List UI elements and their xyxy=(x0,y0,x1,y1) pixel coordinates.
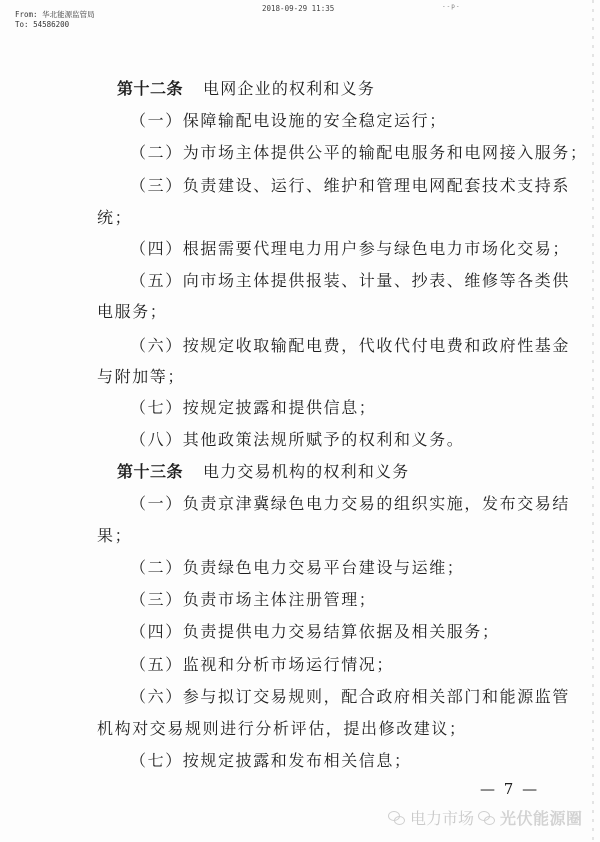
article-12-item-3: （三）负责建设、运行、维护和管理电网配套技术支持系 xyxy=(130,176,570,196)
fax-page-mark: --p- xyxy=(442,3,460,10)
article-12-item-5: （五）向市场主体提供报装、计量、抄表、维修等各类供 xyxy=(130,271,570,291)
article-13-item-1: （一）负责京津冀绿色电力交易的组织实施，发布交易结 xyxy=(130,494,570,514)
article-12-heading: 第十二条电网企业的权利和义务 xyxy=(117,79,375,99)
article-12-item-6-cont: 与附加等； xyxy=(97,367,185,387)
wechat-icon xyxy=(388,810,406,826)
article-13-item-1-cont: 果； xyxy=(97,526,132,546)
article-12-item-2: （二）为市场主体提供公平的输配电服务和电网接入服务； xyxy=(130,143,588,163)
article-title: 电网企业的权利和义务 xyxy=(203,79,375,98)
article-12-item-4: （四）根据需要代理电力用户参与绿色电力市场化交易； xyxy=(130,239,570,259)
fax-to: To: 54586200 xyxy=(15,20,95,30)
scan-edge-artifact xyxy=(592,0,594,842)
fax-from-value: 华北能源监管局 xyxy=(42,10,95,19)
article-13-item-7: （七）按规定披露和发布相关信息； xyxy=(130,751,412,771)
article-13-item-3: （三）负责市场主体注册管理； xyxy=(130,590,376,610)
article-12-item-5-cont: 电服务； xyxy=(97,302,167,322)
article-13-item-6: （六）参与拟订交易规则，配合政府相关部门和能源监管 xyxy=(130,687,570,707)
watermark: 电力市场 光伏能源圈 xyxy=(388,806,583,829)
fax-header: From: 华北能源监管局 To: 54586200 xyxy=(15,10,95,30)
article-13-item-4: （四）负责提供电力交易结算依据及相关服务； xyxy=(130,622,500,642)
article-13-heading: 第十三条电力交易机构的权利和义务 xyxy=(117,462,409,482)
article-12-item-3-cont: 统； xyxy=(97,208,132,228)
article-number: 第十二条 xyxy=(117,79,183,98)
document-page: From: 华北能源监管局 To: 54586200 2018-09-29 11… xyxy=(0,0,600,842)
article-number: 第十三条 xyxy=(117,462,183,481)
article-13-item-6-cont: 机构对交易规则进行分析评估，提出修改建议； xyxy=(97,719,467,739)
watermark-faded-text: 电力市场 xyxy=(410,806,474,829)
article-13-item-5: （五）监视和分析市场运行情况； xyxy=(130,655,394,675)
fax-to-label: To: xyxy=(15,20,29,29)
article-title: 电力交易机构的权利和义务 xyxy=(203,462,409,481)
fax-timestamp: 2018-09-29 11:35 xyxy=(262,4,334,13)
page-number: — 7 — xyxy=(480,780,539,798)
article-12-item-1: （一）保障输配电设施的安全稳定运行； xyxy=(130,111,447,131)
fax-from: From: 华北能源监管局 xyxy=(15,10,95,20)
article-12-item-8: （八）其他政策法规所赋予的权利和义务。 xyxy=(130,430,464,450)
fax-from-label: From: xyxy=(15,10,38,19)
fax-to-value: 54586200 xyxy=(33,20,69,29)
article-13-item-2: （二）负责绿色电力交易平台建设与运维； xyxy=(130,558,464,578)
wechat-icon xyxy=(478,810,496,826)
article-12-item-7: （七）按规定披露和提供信息； xyxy=(130,398,376,418)
article-12-item-6: （六）按规定收取输配电费，代收代付电费和政府性基金 xyxy=(130,336,570,356)
watermark-source-text: 光伏能源圈 xyxy=(500,806,583,829)
